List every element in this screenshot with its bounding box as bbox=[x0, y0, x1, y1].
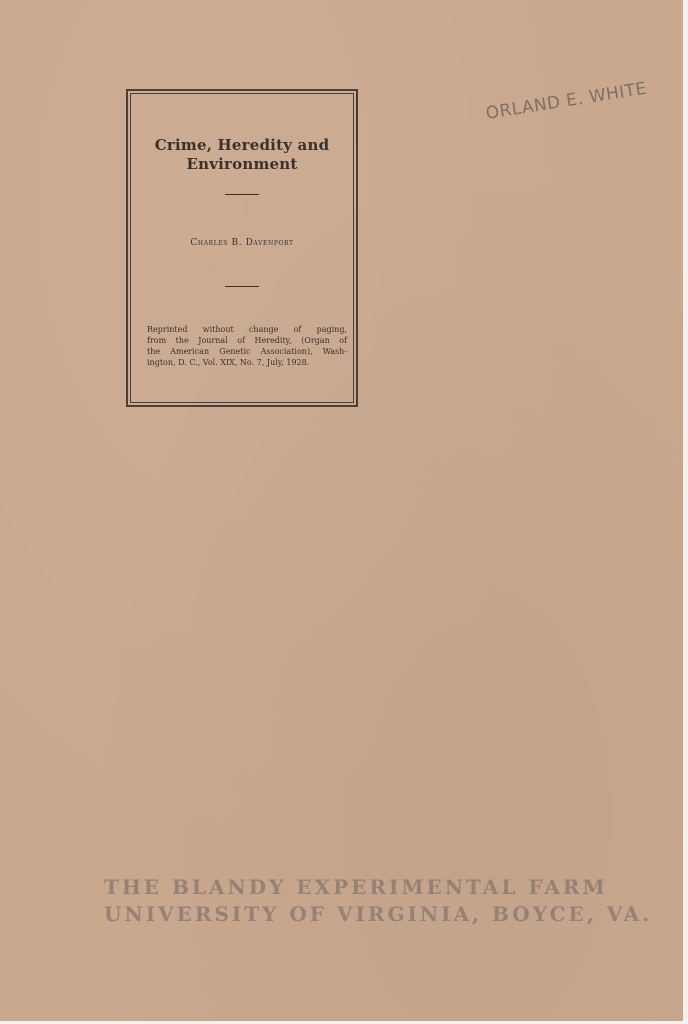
author-name: Charles B. Davenport bbox=[131, 238, 353, 248]
title-frame-inner: Crime, Heredity and Environment Charles … bbox=[130, 93, 354, 403]
divider-rule bbox=[225, 194, 259, 195]
title-line-1: Crime, Heredity and bbox=[131, 136, 353, 155]
owner-stamp: ORLAND E. WHITE bbox=[484, 79, 648, 124]
reprint-line: the American Genetic Association), Wash- bbox=[147, 346, 347, 357]
document-title: Crime, Heredity and Environment bbox=[131, 136, 353, 174]
institution-stamp-line-2: UNIVERSITY OF VIRGINIA, BOYCE, VA. bbox=[104, 901, 652, 928]
reprint-line: Reprinted without change of paging, bbox=[147, 324, 347, 335]
reprint-notice: Reprinted without change of paging, from… bbox=[147, 324, 347, 368]
pamphlet-cover: Crime, Heredity and Environment Charles … bbox=[0, 0, 683, 1021]
title-line-2: Environment bbox=[131, 155, 353, 174]
divider-rule bbox=[225, 286, 259, 287]
reprint-line: ington, D. C., Vol. XIX, No. 7, July, 19… bbox=[147, 357, 347, 368]
reprint-line: from the Journal of Heredity, (Organ of bbox=[147, 335, 347, 346]
institution-stamp-line-1: THE BLANDY EXPERIMENTAL FARM bbox=[104, 874, 652, 901]
title-frame: Crime, Heredity and Environment Charles … bbox=[126, 89, 358, 407]
institution-stamp: THE BLANDY EXPERIMENTAL FARM UNIVERSITY … bbox=[104, 874, 652, 928]
